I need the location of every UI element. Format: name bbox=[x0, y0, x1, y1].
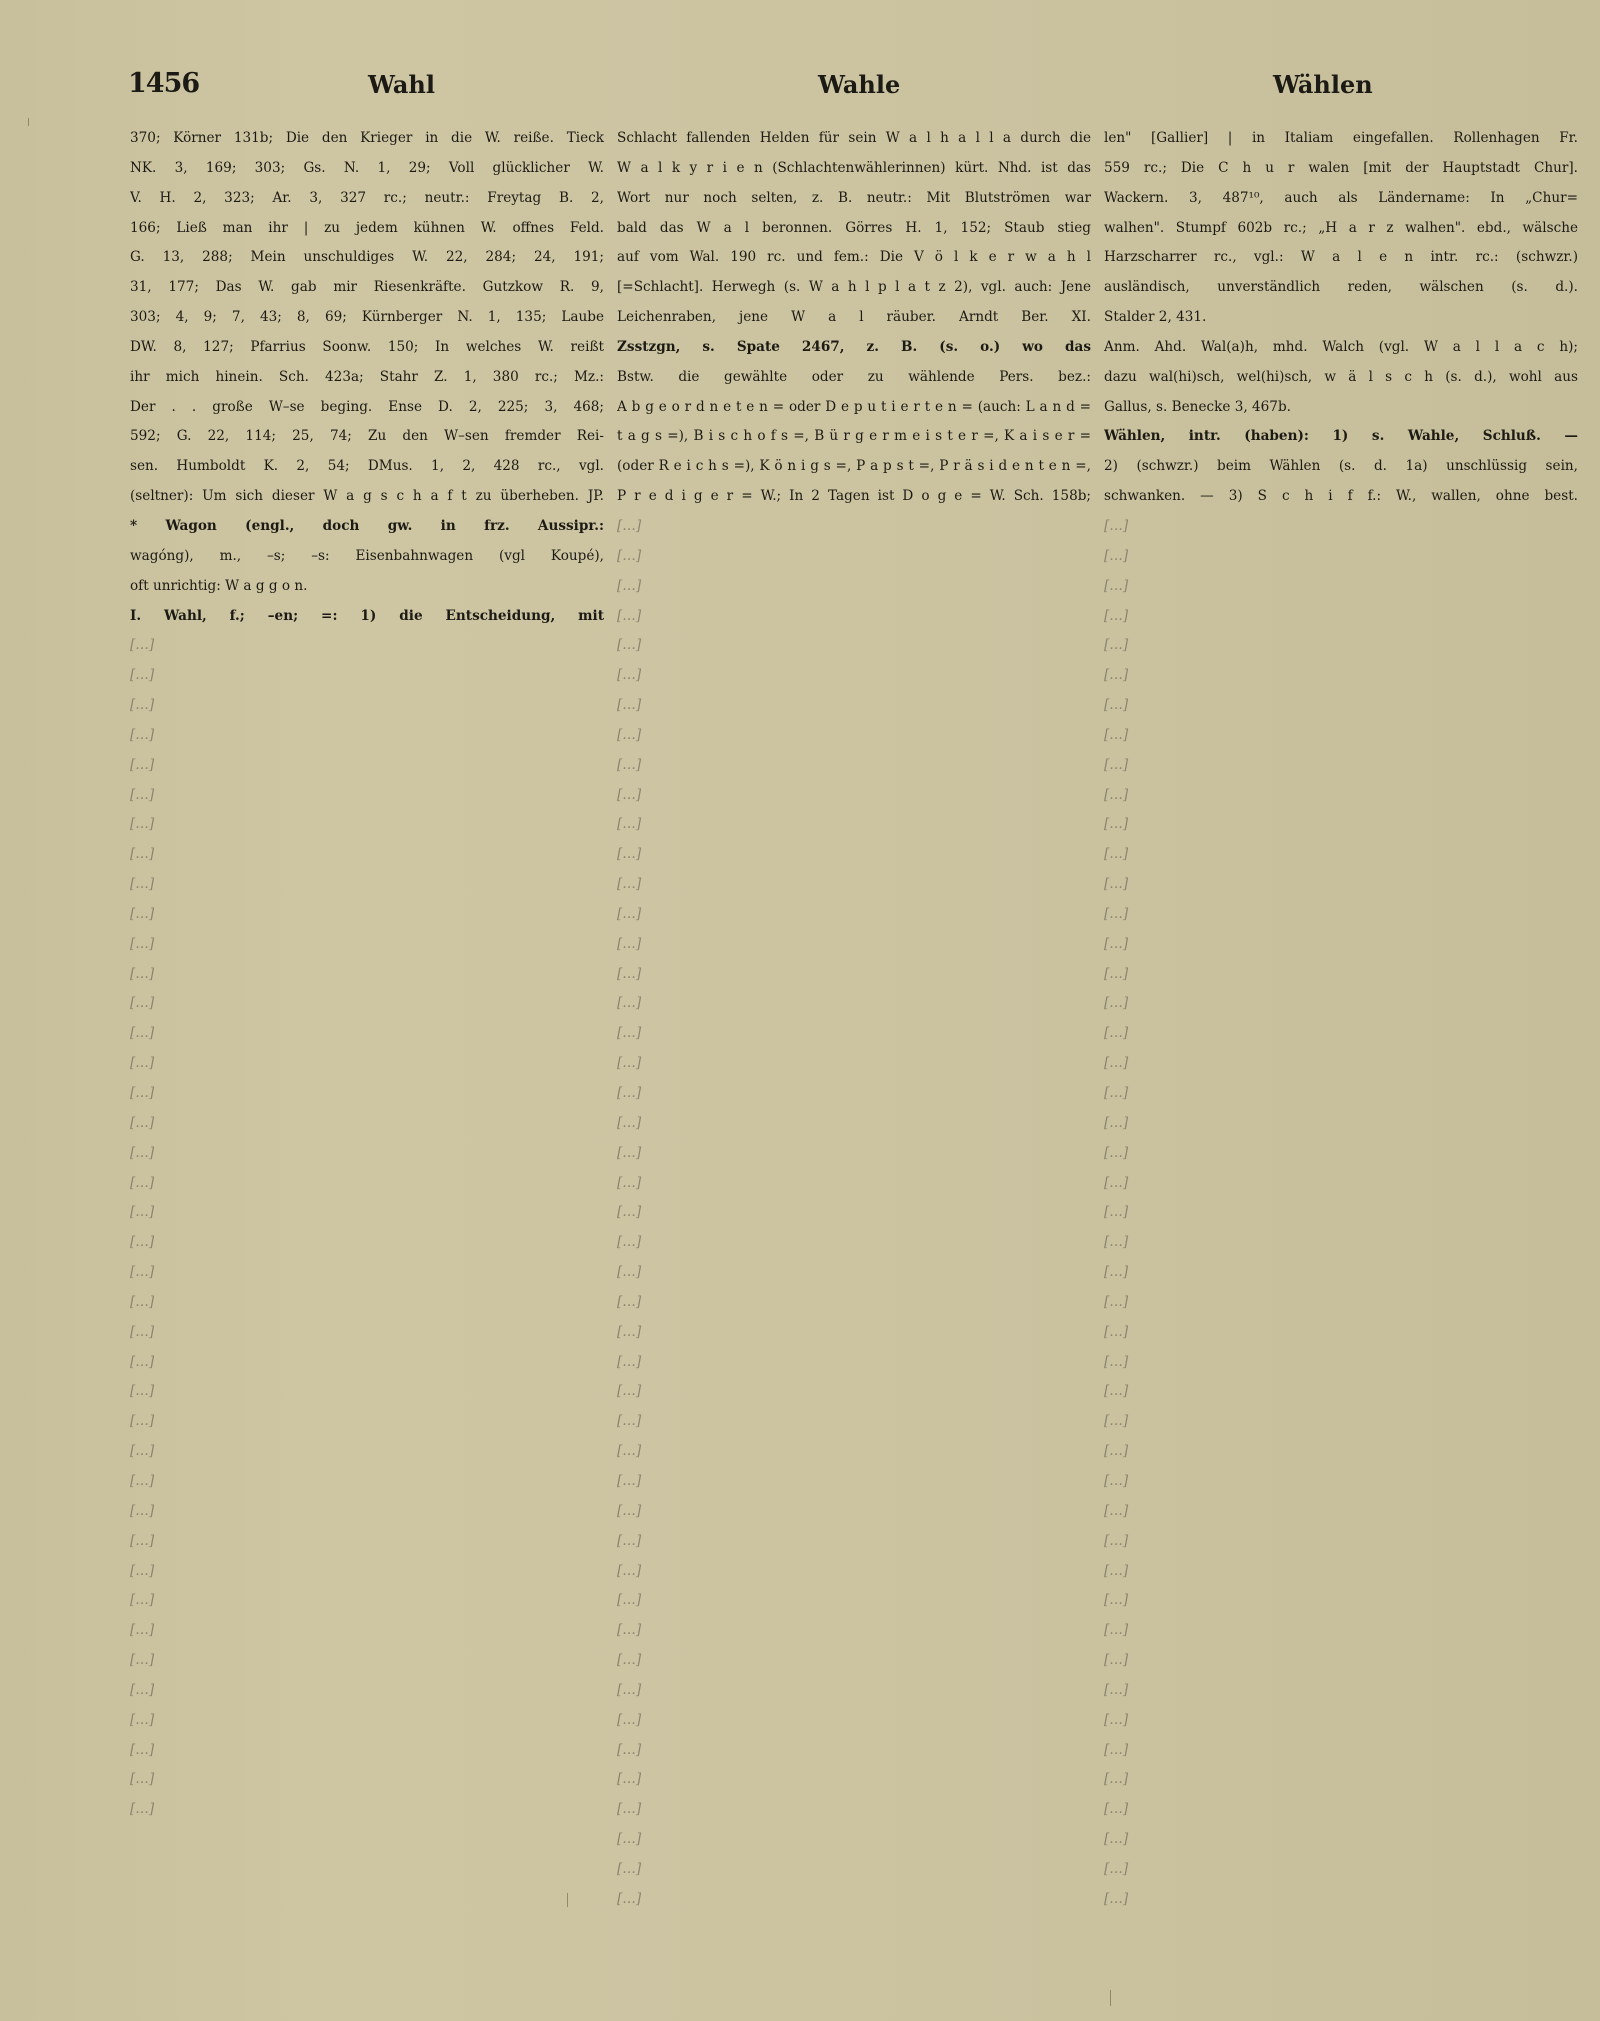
text-line: […] bbox=[130, 1616, 604, 1646]
running-head-center: Wahle bbox=[818, 70, 900, 99]
text-line: […] bbox=[1104, 512, 1578, 542]
text-line: […] bbox=[617, 1825, 1091, 1855]
text-line: […] bbox=[1104, 1318, 1578, 1348]
text-line: […] bbox=[130, 661, 604, 691]
text-line: * Wagon (engl., doch gw. in frz. Aussipr… bbox=[130, 512, 604, 542]
text-line: […] bbox=[617, 1019, 1091, 1049]
text-line: […] bbox=[617, 989, 1091, 1019]
text-line: sen. Humboldt K. 2, 54; DMus. 1, 2, 428 … bbox=[130, 452, 604, 482]
text-line: […] bbox=[1104, 1795, 1578, 1825]
text-line: […] bbox=[617, 1139, 1091, 1169]
text-line: […] bbox=[1104, 1765, 1578, 1795]
text-line: […] bbox=[130, 1348, 604, 1378]
text-line: […] bbox=[617, 840, 1091, 870]
text-line: [=Schlacht]. Herwegh (s. W a h l p l a t… bbox=[617, 273, 1091, 303]
text-line: […] bbox=[1104, 751, 1578, 781]
text-line: […] bbox=[1104, 781, 1578, 811]
text-line: bald das W a l beronnen. Görres H. 1, 15… bbox=[617, 214, 1091, 244]
text-line: […] bbox=[1104, 1736, 1578, 1766]
text-line: […] bbox=[1104, 1169, 1578, 1199]
text-line: […] bbox=[130, 781, 604, 811]
text-line: […] bbox=[617, 1527, 1091, 1557]
text-line: […] bbox=[617, 661, 1091, 691]
text-line: […] bbox=[130, 1437, 604, 1467]
text-line: […] bbox=[1104, 1228, 1578, 1258]
text-line: Bstw. die gewählte oder zu wählende Pers… bbox=[617, 363, 1091, 393]
text-line: […] bbox=[130, 1377, 604, 1407]
text-line: […] bbox=[130, 1527, 604, 1557]
text-line: walhen". Stumpf 602b rc.; „H a r z walhe… bbox=[1104, 214, 1578, 244]
text-line: 303; 4, 9; 7, 43; 8, 69; Kürnberger N. 1… bbox=[130, 303, 604, 333]
text-line: […] bbox=[617, 1795, 1091, 1825]
text-line: […] bbox=[617, 781, 1091, 811]
text-line: schwanken. — 3) S c h i f f.: W., wallen… bbox=[1104, 482, 1578, 512]
text-line: […] bbox=[1104, 989, 1578, 1019]
text-line: […] bbox=[130, 1706, 604, 1736]
text-line: I. Wahl, f.; –en; =: 1) die Entscheidung… bbox=[130, 602, 604, 632]
text-line: […] bbox=[617, 631, 1091, 661]
text-line: […] bbox=[130, 1169, 604, 1199]
text-line: […] bbox=[617, 1557, 1091, 1587]
text-line: Stalder 2, 431. bbox=[1104, 303, 1578, 333]
text-line: P r e d i g e r = W.; In 2 Tagen ist D o… bbox=[617, 482, 1091, 512]
text-line: […] bbox=[617, 602, 1091, 632]
text-line: […] bbox=[1104, 572, 1578, 602]
text-line: […] bbox=[1104, 1198, 1578, 1228]
text-line: […] bbox=[130, 1109, 604, 1139]
text-line: […] bbox=[617, 1646, 1091, 1676]
text-line: 166; Ließ man ihr | zu jedem kühnen W. o… bbox=[130, 214, 604, 244]
text-line: […] bbox=[130, 1646, 604, 1676]
text-line: […] bbox=[1104, 691, 1578, 721]
text-line: […] bbox=[130, 989, 604, 1019]
text-line: 370; Körner 131b; Die den Krieger in die… bbox=[130, 124, 604, 154]
text-line: Leichenraben, jene W a l räuber. Arndt B… bbox=[617, 303, 1091, 333]
text-line: […] bbox=[617, 1377, 1091, 1407]
text-line: wagóng), m., –s; –s: Eisenbahnwagen (vgl… bbox=[130, 542, 604, 572]
text-line: […] bbox=[617, 751, 1091, 781]
text-line: […] bbox=[617, 810, 1091, 840]
text-line: […] bbox=[130, 1557, 604, 1587]
text-line: […] bbox=[617, 1258, 1091, 1288]
text-line: oft unrichtig: W a g g o n. bbox=[130, 572, 604, 602]
text-line: DW. 8, 127; Pfarrius Soonw. 150; In welc… bbox=[130, 333, 604, 363]
text-line: […] bbox=[1104, 900, 1578, 930]
text-line: […] bbox=[130, 810, 604, 840]
text-line: […] bbox=[1104, 870, 1578, 900]
paper-speck bbox=[1110, 1990, 1111, 2006]
text-line: […] bbox=[617, 1049, 1091, 1079]
text-line: […] bbox=[617, 930, 1091, 960]
paper-speck bbox=[28, 118, 29, 126]
text-line: […] bbox=[617, 691, 1091, 721]
text-line: 2) (schwzr.) beim Wählen (s. d. 1a) unsc… bbox=[1104, 452, 1578, 482]
text-line: […] bbox=[130, 960, 604, 990]
text-line: Anm. Ahd. Wal(a)h, mhd. Walch (vgl. W a … bbox=[1104, 333, 1578, 363]
text-line: […] bbox=[1104, 1676, 1578, 1706]
text-line: […] bbox=[130, 1049, 604, 1079]
text-line: […] bbox=[617, 1765, 1091, 1795]
text-line: t a g s =), B i s c h o f s =, B ü r g e… bbox=[617, 422, 1091, 452]
text-line: Harzscharrer rc., vgl.: W a l e n intr. … bbox=[1104, 243, 1578, 273]
text-line: […] bbox=[130, 1288, 604, 1318]
text-line: […] bbox=[1104, 542, 1578, 572]
text-line: (oder R e i c h s =), K ö n i g s =, P a… bbox=[617, 452, 1091, 482]
text-line: […] bbox=[130, 631, 604, 661]
text-line: […] bbox=[617, 1437, 1091, 1467]
text-line: V. H. 2, 323; Ar. 3, 327 rc.; neutr.: Fr… bbox=[130, 184, 604, 214]
text-line: […] bbox=[130, 1139, 604, 1169]
text-line: […] bbox=[1104, 1586, 1578, 1616]
text-line: […] bbox=[130, 1736, 604, 1766]
text-line: […] bbox=[1104, 602, 1578, 632]
text-line: […] bbox=[1104, 1557, 1578, 1587]
text-line: 559 rc.; Die C h u r walen [mit der Haup… bbox=[1104, 154, 1578, 184]
text-line: dazu wal(hi)sch, wel(hi)sch, w ä l s c h… bbox=[1104, 363, 1578, 393]
text-line: […] bbox=[617, 572, 1091, 602]
text-line: W a l k y r i e n (Schlachtenwählerinnen… bbox=[617, 154, 1091, 184]
text-line: […] bbox=[130, 1228, 604, 1258]
text-line: Gallus, s. Benecke 3, 467b. bbox=[1104, 393, 1578, 423]
text-line: […] bbox=[130, 840, 604, 870]
text-line: auf vom Wal. 190 rc. und fem.: Die V ö l… bbox=[617, 243, 1091, 273]
text-line: […] bbox=[1104, 631, 1578, 661]
text-line: […] bbox=[130, 751, 604, 781]
text-line: […] bbox=[617, 512, 1091, 542]
text-line: […] bbox=[130, 1586, 604, 1616]
text-line: […] bbox=[1104, 721, 1578, 751]
running-head-left: Wahl bbox=[368, 70, 435, 99]
text-line: […] bbox=[1104, 1258, 1578, 1288]
text-line: […] bbox=[617, 1288, 1091, 1318]
text-line: Wackern. 3, 487¹⁰, auch als Ländername: … bbox=[1104, 184, 1578, 214]
text-line: […] bbox=[617, 1497, 1091, 1527]
text-line: […] bbox=[617, 1855, 1091, 1885]
paper-speck bbox=[567, 1893, 568, 1907]
text-line: […] bbox=[1104, 1885, 1578, 1915]
text-line: NK. 3, 169; 303; Gs. N. 1, 29; Voll glüc… bbox=[130, 154, 604, 184]
text-line: […] bbox=[617, 1676, 1091, 1706]
text-line: […] bbox=[1104, 1109, 1578, 1139]
text-line: […] bbox=[617, 1885, 1091, 1915]
text-column-left: 370; Körner 131b; Die den Krieger in die… bbox=[130, 124, 604, 1825]
text-line: […] bbox=[130, 930, 604, 960]
dictionary-page: 1456 Wahl Wahle Wählen 370; Körner 131b;… bbox=[0, 0, 1600, 2021]
text-line: Wort nur noch selten, z. B. neutr.: Mit … bbox=[617, 184, 1091, 214]
text-line: […] bbox=[617, 870, 1091, 900]
text-line: […] bbox=[617, 960, 1091, 990]
text-line: […] bbox=[130, 1467, 604, 1497]
text-line: […] bbox=[617, 900, 1091, 930]
text-line: […] bbox=[1104, 1348, 1578, 1378]
text-line: […] bbox=[130, 1497, 604, 1527]
text-line: […] bbox=[617, 721, 1091, 751]
text-line: […] bbox=[1104, 1049, 1578, 1079]
text-line: […] bbox=[130, 1407, 604, 1437]
text-line: 31, 177; Das W. gab mir Riesenkräfte. Gu… bbox=[130, 273, 604, 303]
text-line: […] bbox=[617, 1318, 1091, 1348]
text-line: Zsstzgn, s. Spate 2467, z. B. (s. o.) wo… bbox=[617, 333, 1091, 363]
text-line: […] bbox=[1104, 1646, 1578, 1676]
text-line: ihr mich hinein. Sch. 423a; Stahr Z. 1, … bbox=[130, 363, 604, 393]
text-line: […] bbox=[1104, 930, 1578, 960]
text-line: […] bbox=[1104, 1706, 1578, 1736]
text-line: […] bbox=[617, 1348, 1091, 1378]
page-number: 1456 bbox=[128, 68, 199, 99]
text-line: […] bbox=[130, 1079, 604, 1109]
text-column-middle: Schlacht fallenden Helden für sein W a l… bbox=[617, 124, 1091, 1915]
text-line: […] bbox=[130, 1765, 604, 1795]
text-line: […] bbox=[617, 1616, 1091, 1646]
running-head-right: Wählen bbox=[1273, 70, 1373, 99]
text-line: […] bbox=[617, 1109, 1091, 1139]
text-line: len" [Gallier] | in Italiam eingefallen.… bbox=[1104, 124, 1578, 154]
text-line: […] bbox=[130, 721, 604, 751]
text-line: […] bbox=[617, 1407, 1091, 1437]
text-line: […] bbox=[1104, 1019, 1578, 1049]
text-line: […] bbox=[130, 1258, 604, 1288]
text-line: Der . . große W–se beging. Ense D. 2, 22… bbox=[130, 393, 604, 423]
text-line: […] bbox=[1104, 1139, 1578, 1169]
text-line: […] bbox=[130, 1198, 604, 1228]
text-line: […] bbox=[1104, 810, 1578, 840]
text-line: […] bbox=[617, 1706, 1091, 1736]
text-line: […] bbox=[617, 542, 1091, 572]
text-line: […] bbox=[1104, 1288, 1578, 1318]
text-line: […] bbox=[1104, 1497, 1578, 1527]
text-line: […] bbox=[130, 870, 604, 900]
text-line: A b g e o r d n e t e n = oder D e p u t… bbox=[617, 393, 1091, 423]
text-line: […] bbox=[617, 1586, 1091, 1616]
text-line: […] bbox=[617, 1228, 1091, 1258]
text-line: […] bbox=[130, 1795, 604, 1825]
text-line: […] bbox=[617, 1467, 1091, 1497]
text-line: 592; G. 22, 114; 25, 74; Zu den W–sen fr… bbox=[130, 422, 604, 452]
text-line: […] bbox=[1104, 1437, 1578, 1467]
text-line: […] bbox=[130, 1019, 604, 1049]
text-line: […] bbox=[617, 1198, 1091, 1228]
text-column-right: len" [Gallier] | in Italiam eingefallen.… bbox=[1104, 124, 1578, 1915]
text-line: […] bbox=[617, 1079, 1091, 1109]
text-line: […] bbox=[617, 1169, 1091, 1199]
text-line: […] bbox=[1104, 1079, 1578, 1109]
text-line: […] bbox=[617, 1736, 1091, 1766]
text-line: […] bbox=[130, 1318, 604, 1348]
text-line: […] bbox=[130, 1676, 604, 1706]
text-line: G. 13, 288; Mein unschuldiges W. 22, 284… bbox=[130, 243, 604, 273]
text-line: ausländisch, unverständlich reden, wälsc… bbox=[1104, 273, 1578, 303]
text-line: […] bbox=[1104, 840, 1578, 870]
text-line: […] bbox=[1104, 960, 1578, 990]
text-line: […] bbox=[1104, 661, 1578, 691]
text-line: […] bbox=[1104, 1825, 1578, 1855]
text-line: […] bbox=[130, 691, 604, 721]
text-line: Wählen, intr. (haben): 1) s. Wahle, Schl… bbox=[1104, 422, 1578, 452]
text-line: Schlacht fallenden Helden für sein W a l… bbox=[617, 124, 1091, 154]
text-line: […] bbox=[1104, 1467, 1578, 1497]
text-line: […] bbox=[1104, 1377, 1578, 1407]
text-line: […] bbox=[1104, 1616, 1578, 1646]
text-line: […] bbox=[1104, 1855, 1578, 1885]
text-line: […] bbox=[130, 900, 604, 930]
page-header: 1456 Wahl Wahle Wählen bbox=[128, 68, 1508, 108]
text-line: […] bbox=[1104, 1407, 1578, 1437]
text-line: […] bbox=[1104, 1527, 1578, 1557]
text-line: (seltner): Um sich dieser W a g s c h a … bbox=[130, 482, 604, 512]
